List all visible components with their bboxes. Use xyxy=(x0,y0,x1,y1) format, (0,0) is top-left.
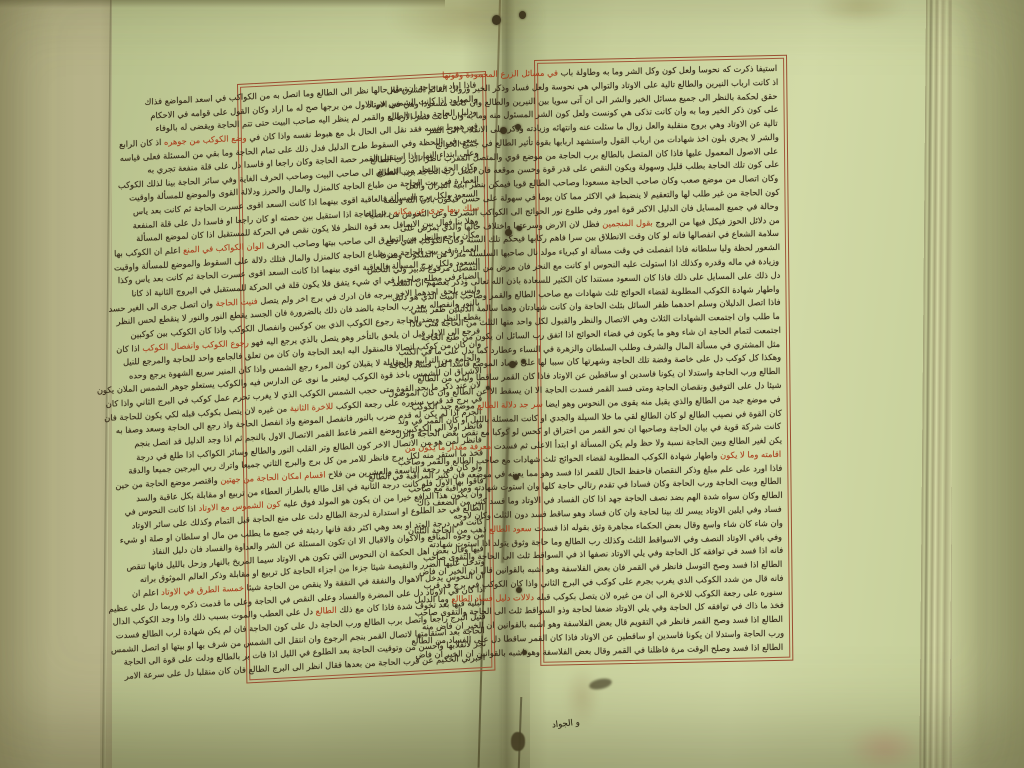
red-ink-phrase: فنيت الحاجة xyxy=(216,296,258,308)
manuscript-line: اقامته وما لا يكون واطهار شهادة الكوكب ا… xyxy=(548,449,781,465)
red-ink-phrase: في مسائل الزرع المحمودة وقوتها xyxy=(442,68,558,80)
underlying-page xyxy=(952,0,1024,768)
wormhole xyxy=(519,11,526,19)
right-text-frame: استيفا ذكرت كه نحوسا ولعل كون وكل الشر و… xyxy=(534,55,793,666)
wormhole xyxy=(492,15,501,25)
wormhole xyxy=(486,386,490,390)
manuscript-line: فساد وفي ايلين الاوتاد ييسر لك بينا لحاج… xyxy=(549,504,782,520)
wormhole xyxy=(509,361,516,368)
stain-drip-right-page xyxy=(564,666,600,728)
wormhole xyxy=(515,124,521,130)
manuscript-line: كون الحاجة من غير طلب لها والتعقيم لا ين… xyxy=(546,187,779,203)
manuscript-line: فانه قال من شدد الكوكب الذي يغرب بجرم عل… xyxy=(550,573,783,589)
manuscript-line: استيفا ذكرت كه نحوسا ولعل كون وكل الشر و… xyxy=(544,63,777,79)
stain-bottom-right xyxy=(846,724,924,768)
manuscript-line: واطهار شهادة الكوكب المطلوبة لقضاء الحوا… xyxy=(546,283,779,299)
red-ink-phrase: الطالع xyxy=(316,605,337,616)
right-page-text-block: استيفا ذكرت كه نحوسا ولعل كون وكل الشر و… xyxy=(544,63,783,658)
manuscript-line: كان القوة في نصيب الطالع لو كان الطالع ل… xyxy=(549,407,782,423)
manuscript-line: كانت شركة قوية في بيان الحاجة وصاحبها ان… xyxy=(548,421,781,437)
wormhole xyxy=(522,650,527,655)
manuscript-line: الطالع اذا فسد وصح التوسل فانظر في القمر… xyxy=(549,559,782,575)
manuscript-photo: فاذا اراد ذو حاجة ان يعلم حالها نظر الى … xyxy=(0,0,1024,768)
red-ink-phrase: سعود الطالع xyxy=(489,523,532,534)
manuscript-line: سلامة الشعاع في انفصالها فانه لو كان وقت… xyxy=(546,228,779,244)
wormhole xyxy=(505,229,512,236)
red-ink-phrase: سر جد دلالة الطالع xyxy=(477,399,543,410)
manuscript-line: سنوره على رجعة الكوكب للاخرة الى ان من غ… xyxy=(550,586,783,602)
manuscript-line: الطالع اذا فسد وصلح الوقت مرة فاظلنا في … xyxy=(550,642,783,658)
manuscript-line: وهكذا كل كوكب دل على خاصة وفضة تلك الحاج… xyxy=(548,352,781,368)
top-page-edge-shadow xyxy=(0,0,445,8)
wormhole xyxy=(521,359,526,364)
manuscript-line: فاذا اورد على علم مبلغ وذكر النقصان فاحف… xyxy=(549,462,782,478)
wormhole xyxy=(513,474,519,480)
red-ink-phrase: اقامته وما لا يكون xyxy=(720,449,781,460)
right-page-stack-edges xyxy=(919,0,956,768)
wormhole xyxy=(500,127,507,134)
right-text-frame-inner-rule: استيفا ذكرت كه نحوسا ولعل كون وكل الشر و… xyxy=(537,58,790,663)
red-ink-phrase: بقول المنجمين xyxy=(602,217,653,228)
wormhole xyxy=(517,226,522,231)
red-ink-phrase: معرفة مقدار ما يكون من xyxy=(405,441,491,453)
red-ink-phrase: للاخرة الثانية xyxy=(290,401,333,413)
red-ink-phrase: دلالات دليل فساد الطالع xyxy=(451,592,534,604)
manuscript-line: والشر لا يجري بلون اخذ شهادات من ارباب ا… xyxy=(546,132,779,148)
stain-left-margin xyxy=(336,405,354,680)
manuscript-line: حقق لحكمة بالنظر الى جميع مسائل الخير وا… xyxy=(544,90,777,106)
wormhole xyxy=(516,587,522,593)
manuscript-line: ما طلب وان اجتمعت الشهادات الثلاث وهي ال… xyxy=(547,311,780,327)
manuscript-line: وحالة في جميع المسايل فان الدليل الاكبر … xyxy=(546,201,779,217)
manuscript-line: الطالع ورب الحاجة واستدلا ان يكونا فاسدي… xyxy=(547,366,780,382)
